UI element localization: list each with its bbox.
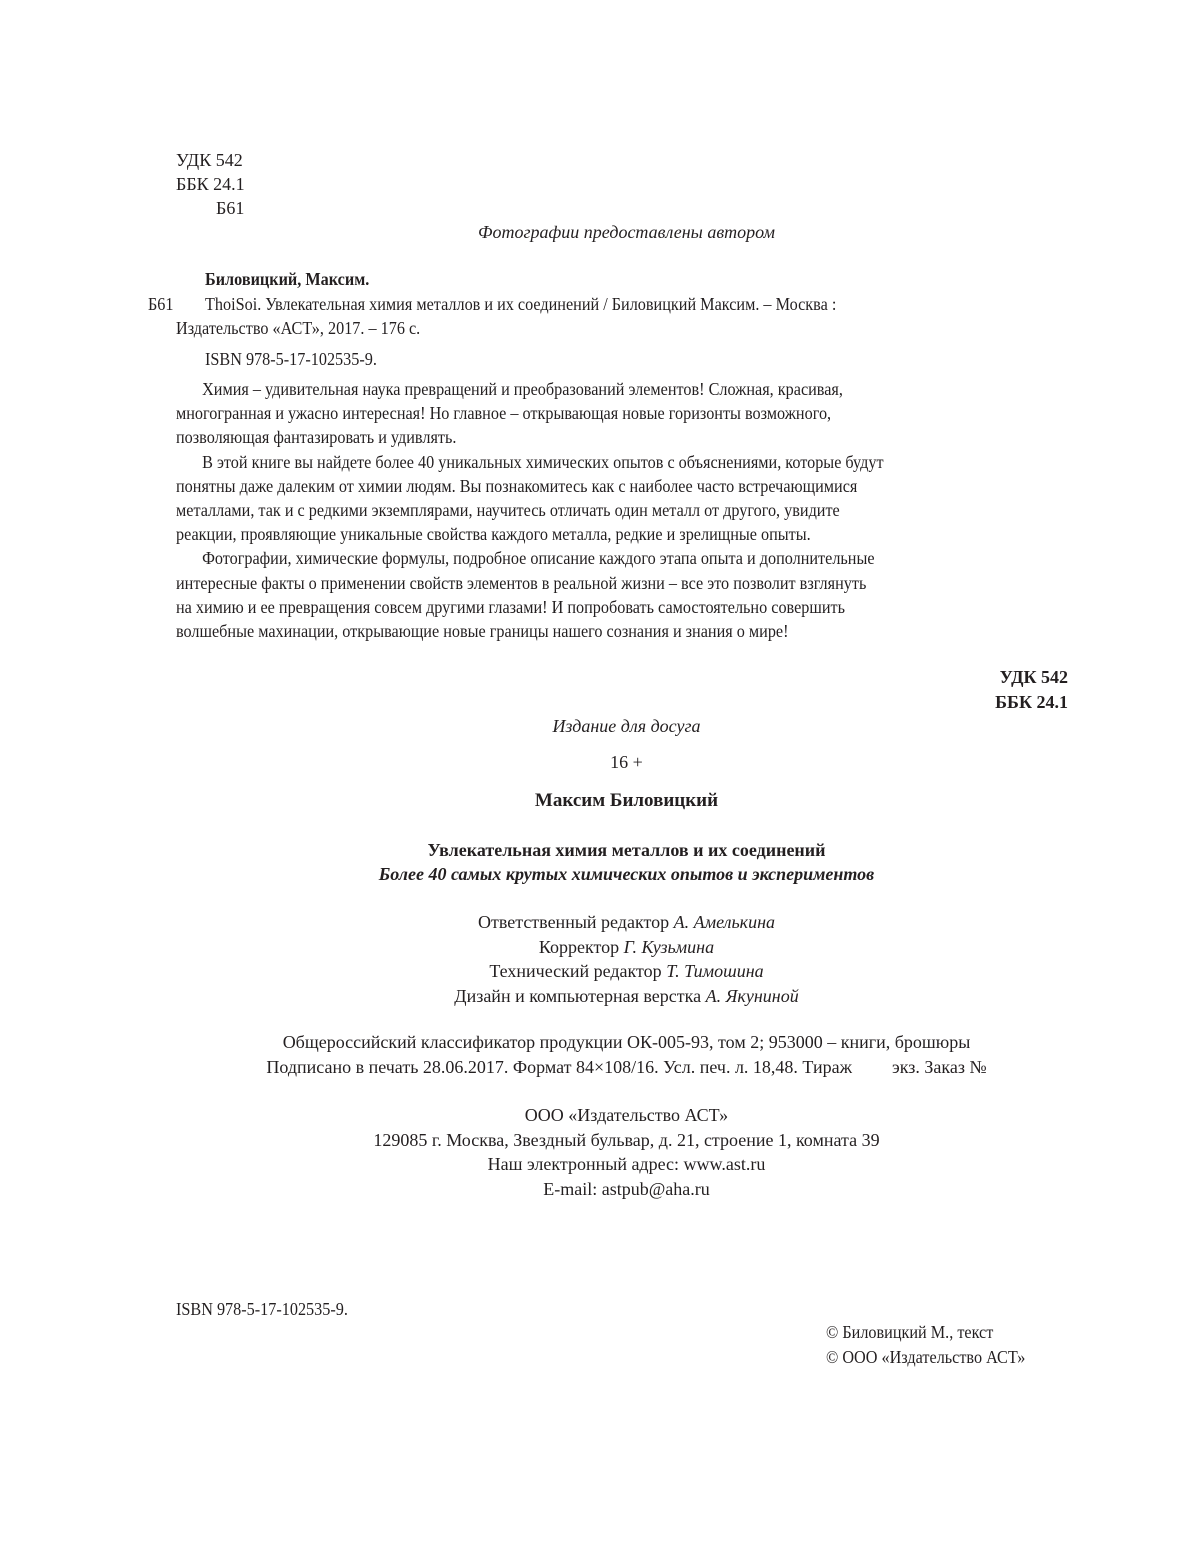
paragraph-line: В этой книге вы найдете более 40 уникаль…: [176, 450, 986, 474]
publisher-name: ООО «Издательство АСТ»: [0, 1103, 1193, 1128]
paragraph-line: многогранная и ужасно интересная! Но гла…: [176, 401, 986, 425]
biblio-author-mark: Б61: [148, 292, 174, 316]
copyright-publisher: © ООО «Издательство АСТ»: [826, 1345, 1025, 1370]
author-name: Максим Биловицкий: [0, 789, 1193, 813]
annotation: Химия – удивительная наука превращений и…: [176, 377, 986, 643]
udk-code: УДК 542: [176, 148, 245, 172]
bbk-code: ББК 24.1: [995, 690, 1068, 715]
credits-list: Ответственный редактор А. Амелькина Корр…: [0, 910, 1193, 1008]
credit-role: Корректор: [539, 937, 619, 957]
credit-line: Технический редактор Т. Тимошина: [0, 959, 1193, 984]
credit-role: Технический редактор: [489, 961, 661, 981]
photos-credit: Фотографии предоставлены автором: [0, 220, 1193, 244]
credit-line: Ответственный редактор А. Амелькина: [0, 910, 1193, 935]
paragraph-line: Фотографии, химические формулы, подробно…: [176, 546, 986, 570]
paragraph-line: Химия – удивительная наука превращений и…: [176, 377, 986, 401]
paragraph-line: на химию и ее превращения совсем другими…: [176, 595, 986, 619]
credit-role: Ответственный редактор: [478, 912, 669, 932]
annotation-paragraph: Фотографии, химические формулы, подробно…: [176, 546, 986, 643]
classification-codes-right: УДК 542 ББК 24.1: [995, 665, 1068, 715]
annotation-paragraph: Химия – удивительная наука превращений и…: [176, 377, 986, 450]
publisher-website: Наш электронный адрес: www.ast.ru: [0, 1152, 1193, 1177]
biblio-author-heading: Биловицкий, Максим.: [205, 267, 369, 291]
print-info-order: экз. Заказ №: [892, 1057, 987, 1077]
publisher-email: E-mail: astpub@aha.ru: [0, 1177, 1193, 1202]
credit-role: Дизайн и компьютерная верстка: [454, 986, 701, 1006]
credit-name: А. Якуниной: [706, 986, 799, 1006]
biblio-title-line: ThoiSoi. Увлекательная химия металлов и …: [205, 292, 836, 316]
copyright-notices: © Биловицкий М., текст © ООО «Издательст…: [826, 1320, 1025, 1370]
paragraph-line: позволяющая фантазировать и удивлять.: [176, 425, 986, 449]
credit-name: Г. Кузьмина: [624, 937, 714, 957]
copyright-author: © Биловицкий М., текст: [826, 1320, 1025, 1345]
udk-code: УДК 542: [995, 665, 1068, 690]
author-mark: Б61: [176, 196, 245, 220]
paragraph-line: понятны даже далеким от химии людям. Вы …: [176, 474, 986, 498]
print-info-line: Подписано в печать 28.06.2017. Формат 84…: [0, 1055, 1193, 1080]
book-title: Увлекательная химия металлов и их соедин…: [0, 838, 1193, 862]
paragraph-line: интересные факты о применении свойств эл…: [176, 571, 986, 595]
book-subtitle: Более 40 самых крутых химических опытов …: [0, 862, 1193, 886]
classifier-line: Общероссийский классификатор продукции О…: [0, 1030, 1193, 1055]
bbk-code: ББК 24.1: [176, 172, 245, 196]
publisher-address: 129085 г. Москва, Звездный бульвар, д. 2…: [0, 1128, 1193, 1153]
credit-line: Корректор Г. Кузьмина: [0, 935, 1193, 960]
classification-codes-top: УДК 542 ББК 24.1 Б61: [176, 148, 245, 220]
biblio-publisher-line: Издательство «АСТ», 2017. – 176 с.: [176, 316, 420, 340]
technical-info: Общероссийский классификатор продукции О…: [0, 1030, 1193, 1079]
credit-name: Т. Тимошина: [666, 961, 763, 981]
credit-name: А. Амелькина: [674, 912, 775, 932]
paragraph-line: металлами, так и с редкими экземплярами,…: [176, 498, 986, 522]
paragraph-line: волшебные махинации, открывающие новые г…: [176, 619, 986, 643]
isbn-bottom: ISBN 978-5-17-102535-9.: [176, 1297, 348, 1321]
biblio-isbn: ISBN 978-5-17-102535-9.: [205, 347, 377, 371]
paragraph-line: реакции, проявляющие уникальные свойства…: [176, 522, 986, 546]
publisher-info: ООО «Издательство АСТ» 129085 г. Москва,…: [0, 1103, 1193, 1201]
edition-type: Издание для досуга: [0, 714, 1193, 738]
credit-line: Дизайн и компьютерная верстка А. Якунино…: [0, 984, 1193, 1009]
age-rating: 16 +: [0, 750, 1193, 774]
print-info-main: Подписано в печать 28.06.2017. Формат 84…: [266, 1057, 852, 1077]
annotation-paragraph: В этой книге вы найдете более 40 уникаль…: [176, 450, 986, 547]
